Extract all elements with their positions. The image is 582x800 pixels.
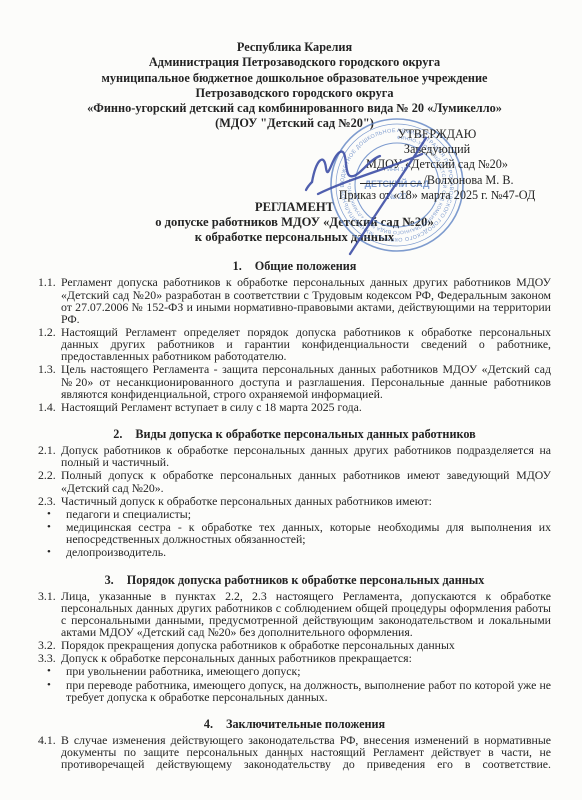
item-text: Порядок прекращения допуска работников к… (61, 638, 455, 652)
bullet-text: педагоги и специалисты; (66, 507, 191, 521)
scan-artifact-mark (288, 755, 292, 760)
item-text: Регламент допуска работников к обработке… (61, 275, 551, 325)
numbered-item: 1.2.Настоящий Регламент определяет поряд… (38, 326, 551, 362)
bullet-icon: • (47, 679, 51, 691)
bullet-text: делопроизводитель. (66, 545, 166, 559)
header-line: муниципальное бюджетное дошкольное образ… (38, 71, 551, 86)
section-heading: 2.Виды допуска к обработке персональных … (38, 427, 551, 441)
item-number: 2.1. (38, 444, 56, 456)
bullet-text: медицинская сестра - к обработке тех дан… (66, 520, 551, 546)
item-text: Частичный допуск к обработке персональны… (61, 494, 432, 508)
section-number: 1. (233, 259, 242, 273)
numbered-item: 1.1.Регламент допуска работников к обраб… (38, 276, 551, 325)
header-line: Администрация Петрозаводского городского… (38, 55, 551, 70)
bullet-icon: • (47, 546, 51, 558)
item-number: 1.4. (38, 401, 56, 413)
document-title: РЕГЛАМЕНТ о допуске работников МДОУ «Дет… (38, 200, 551, 246)
item-text: Настоящий Регламент вступает в силу с 18… (61, 400, 362, 414)
sections: 1.Общие положения 1.1.Регламент допуска … (38, 259, 551, 770)
item-number: 1.1. (38, 276, 56, 288)
section-title: Порядок допуска работников к обработке п… (127, 573, 485, 587)
header-line: «Финно-угорский детский сад комбинирован… (38, 101, 551, 116)
section-number: 3. (105, 573, 114, 587)
item-text: Лица, указанные в пунктах 2.2, 2.3 насто… (61, 589, 551, 639)
section-number: 4. (204, 717, 213, 731)
item-number: 4.1. (38, 734, 56, 746)
numbered-item: 1.3.Цель настоящего Регламента - защита … (38, 363, 551, 399)
item-number: 2.2. (38, 469, 56, 481)
title-line: к обработке персональных данных (38, 230, 551, 245)
item-number: 3.2. (38, 639, 56, 651)
numbered-item: 4.1.В случае изменения действующего зако… (38, 734, 551, 770)
bullet-icon: • (47, 521, 51, 533)
item-number: 3.3. (38, 652, 56, 664)
numbered-item: 2.2.Полный допуск к обработке персональн… (38, 469, 551, 493)
document-page: АДМИНИСТРАЦИЯ ПЕТРОЗАВОДСКОГО ГОРОДСКОГО… (0, 0, 582, 800)
bullet-icon: • (47, 665, 51, 677)
section-heading: 1.Общие положения (38, 259, 551, 273)
bullet-text: при увольнении работника, имеющего допус… (66, 664, 301, 678)
section-title: Виды допуска к обработке персональных да… (135, 427, 475, 441)
header-line: Республика Карелия (38, 40, 551, 55)
numbered-item: 2.1.Допуск работников к обработке персон… (38, 444, 551, 468)
item-number: 2.3. (38, 495, 56, 507)
title-line: о допуске работников МДОУ «Детский сад №… (38, 215, 551, 230)
section-title: Общие положения (255, 259, 357, 273)
item-text: Допуск к обработке персональных данных р… (61, 651, 412, 665)
bullet-item: •при увольнении работника, имеющего допу… (38, 665, 551, 677)
bullet-text: при переводе работника, имеющего допуск,… (66, 678, 551, 704)
header-line: Петрозаводского городского округа (38, 86, 551, 101)
item-text: Настоящий Регламент определяет порядок д… (61, 325, 551, 363)
numbered-item: 1.4.Настоящий Регламент вступает в силу … (38, 401, 551, 413)
section-heading: 4.Заключительные положения (38, 717, 551, 731)
item-number: 1.3. (38, 363, 56, 375)
item-text: Допуск работников к обработке персональн… (61, 443, 551, 469)
bullet-item: •делопроизводитель. (38, 546, 551, 558)
numbered-item: 3.1.Лица, указанные в пунктах 2.2, 2.3 н… (38, 590, 551, 639)
item-text: Цель настоящего Регламента - защита перс… (61, 362, 551, 400)
bullet-item: •педагоги и специалисты; (38, 508, 551, 520)
item-text: В случае изменения действующего законода… (61, 733, 551, 771)
bullet-icon: • (47, 508, 51, 520)
bullet-item: •при переводе работника, имеющего допуск… (38, 679, 551, 703)
section-title: Заключительные положения (226, 717, 385, 731)
section-number: 2. (113, 427, 122, 441)
item-number: 3.1. (38, 590, 56, 602)
numbered-item: 3.3.Допуск к обработке персональных данн… (38, 652, 551, 664)
numbered-item: 3.2.Порядок прекращения допуска работник… (38, 639, 551, 651)
bullet-item: •медицинская сестра - к обработке тех да… (38, 521, 551, 545)
section-heading: 3.Порядок допуска работников к обработке… (38, 573, 551, 587)
item-number: 1.2. (38, 326, 56, 338)
item-text: Полный допуск к обработке персональных д… (61, 468, 551, 494)
handwritten-signature (298, 130, 448, 260)
numbered-item: 2.3.Частичный допуск к обработке персона… (38, 495, 551, 507)
org-header: Республика Карелия Администрация Петроза… (38, 40, 551, 132)
